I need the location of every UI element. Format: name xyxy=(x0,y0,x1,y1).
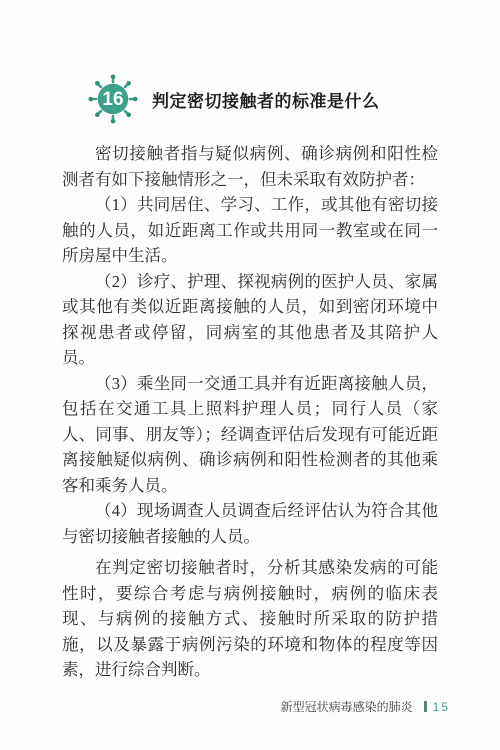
paragraph-conclusion: 在判定密切接触者时，分析其感染发病的可能性时，要综合考虑与病例接触时，病例的临床… xyxy=(62,555,438,683)
paragraph-item-4: （4）现场调查人员调查后经评估认为符合其他与密切接触者接触的人员。 xyxy=(62,498,438,549)
question-number: 16 xyxy=(102,89,123,110)
section-header: 16 判定密切接触者的标准是什么 xyxy=(0,0,500,125)
paragraph-intro: 密切接触者指与疑似病例、确诊病例和阳性检测者有如下接触情形之一，但未采取有效防护… xyxy=(62,141,438,192)
page-title: 判定密切接触者的标准是什么 xyxy=(152,87,380,112)
page-footer: 新型冠状病毒感染的肺炎 15 xyxy=(281,698,450,715)
paragraph-item-1: （1）共同居住、学习、工作，或其他有密切接触的人员，如近距离工作或共用同一教室或… xyxy=(62,192,438,269)
article-body: 密切接触者指与疑似病例、确诊病例和阳性检测者有如下接触情形之一，但未采取有效防护… xyxy=(62,141,438,683)
paragraph-item-2: （2）诊疗、护理、探视病例的医护人员、家属或其他有类似近距离接触的人员，如到密闭… xyxy=(62,269,438,371)
page-number: 15 xyxy=(433,700,450,714)
paragraph-item-3: （3）乘坐同一交通工具并有近距离接触人员，包括在交通工具上照料护理人员；同行人员… xyxy=(62,371,438,499)
book-page: 16 判定密切接触者的标准是什么 密切接触者指与疑似病例、确诊病例和阳性检测者有… xyxy=(0,0,500,750)
footer-divider xyxy=(424,701,427,712)
footer-book-title: 新型冠状病毒感染的肺炎 xyxy=(281,698,413,715)
virus-badge-icon: 16 xyxy=(87,73,139,125)
